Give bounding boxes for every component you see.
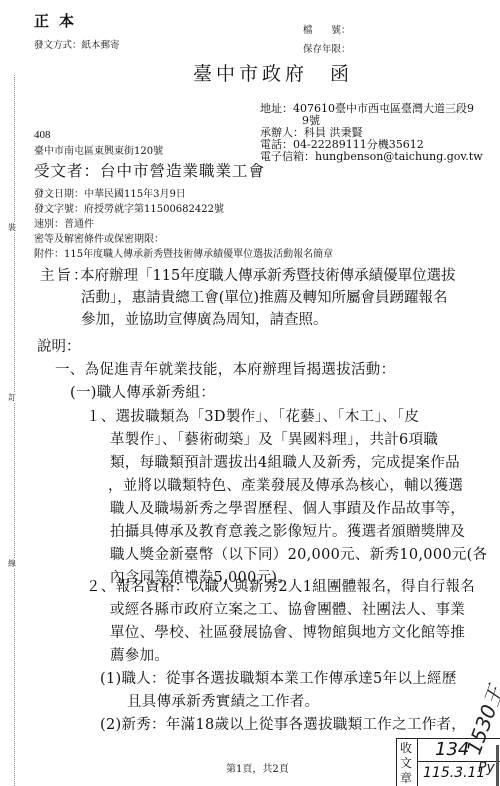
recipient-name: 受文者：台中市營造業職業工會 [34, 159, 265, 181]
secrecy-level: 密等及解密條件或保密期限： [34, 230, 164, 245]
item-line: 薦參加。 [110, 644, 169, 665]
title-organization: 臺中市政府 [193, 63, 308, 85]
email: 電子信箱：hungbenson@taichung.gov.tw [260, 151, 483, 163]
sender-contact: 地址：407610臺中市西屯區臺灣大道三段9 9號 承辦人：科員 洪秉賢 電話：… [260, 103, 483, 163]
sub-item-line: 且具傳承新秀實績之工作者。 [127, 690, 319, 711]
recipient-zip: 408 [34, 129, 51, 141]
stamp-label: 收文章 [400, 741, 414, 786]
subject-line: 參加，並協助宣傳廣為周知，請查照。 [40, 309, 456, 331]
stamp-date: 115.3.11 [423, 765, 485, 781]
page-indicator: 第1頁，共2頁 [226, 760, 289, 775]
item-line: １、選拔職類為「3D製作」、「花藝」、「木工」、「皮 [86, 405, 419, 426]
document-title: 臺中市政府函 [193, 59, 353, 86]
subject-block: 主旨：本府辦理「115年度職人傳承新秀暨技術傳承績優單位選拔 活動」，惠請貴總工… [40, 265, 456, 331]
item-line: 拍攝具傳承及教育意義之影像短片。獲選者頒贈獎牌及 [110, 520, 465, 541]
subject-label: 主旨： [40, 265, 80, 287]
copy-label: 正本 [34, 10, 84, 31]
issue-date: 發文日期：中華民國115年3月9日 [34, 185, 186, 200]
subject-line: 活動」，惠請貴總工會(單位)推薦及轉知所屬會員踴躍報名 [40, 287, 456, 309]
send-method: 發文方式：紙本郵寄 [34, 37, 120, 51]
sender-address: 地址：407610臺中市西屯區臺灣大道三段9 [260, 103, 483, 115]
subject-line: 本府辦理「115年度職人傳承新秀暨技術傳承績優單位選拔 [80, 268, 456, 284]
section-heading: 一、為促進青年就業技能，本府辦理旨揭選拔活動： [55, 358, 395, 379]
file-number-label: 檔 號： [303, 22, 351, 36]
binding-mark: 訂 [8, 392, 16, 403]
retention-label: 保存年限： [303, 41, 351, 55]
attachment: 附件：115年度職人傳承新秀暨技術傳承績優單位選拔活動報名簡章 [34, 245, 333, 260]
recipient-address: 臺中市南屯區東興東街120號 [34, 142, 163, 157]
handwritten-initials: Py [478, 760, 495, 776]
title-type: 函 [330, 63, 353, 85]
subsection-heading: (一)職人傳承新秀組： [70, 381, 215, 402]
item-line: 類，每職類預計選拔出4組職人及新秀，完成提案作品 [110, 451, 460, 472]
sub-item-line: (2)新秀：年滿18歲以上從事各選拔職類工作之工作者， [100, 713, 466, 734]
item-line: 單位、學校、社區發展協會、博物館與地方文化館等推 [110, 621, 465, 642]
binding-mark: 線 [8, 558, 16, 569]
item-line: 革製作」、「藝術砌築」及「異國料理」，共計6項職 [110, 428, 438, 449]
speed-category: 速別：普通件 [34, 215, 94, 230]
item-line: ２、報名資格：以職人與新秀2人1組團體報名，得自行報名 [86, 575, 475, 596]
scan-edge [496, 745, 499, 786]
stamp-divider [417, 739, 418, 786]
item-line: 職人獎金新臺幣（以下同）20,000元、新秀10,000元(各 [110, 543, 487, 564]
sub-item-line: (1)職人：從事各選拔職類本業工作傳承達5年以上經歷 [100, 667, 457, 688]
binding-line [14, 75, 15, 786]
explanation-label: 說明： [37, 335, 81, 356]
item-line: ，並將以職類特色、產業發展及傳承為核心，輔以獲選 [108, 474, 463, 495]
item-line: 或經各縣市政府立案之工、協會團體、社團法人、事業 [110, 598, 465, 619]
binding-mark: 裝 [8, 222, 16, 233]
item-line: 職人及職場新秀之學習歷程、個人事蹟及作品故事等， [110, 497, 465, 518]
document-number: 發文字號：府授勞就字第11500682422號 [34, 200, 224, 215]
